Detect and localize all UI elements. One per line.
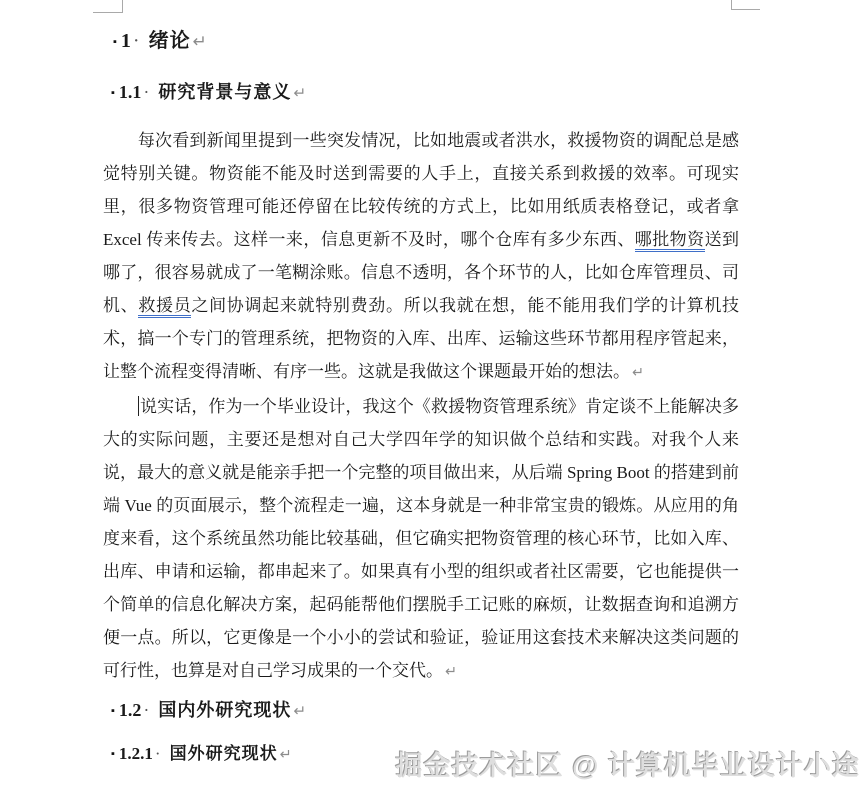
paragraph-2[interactable]: 说实话，作为一个毕业设计，我这个《救援物资管理系统》肯定谈不上能解决多大的实际问… (103, 390, 739, 689)
heading-number: 1 (121, 30, 131, 52)
paragraph-mark-icon: ↵ (632, 365, 644, 381)
heading-1-1-background[interactable]: ▪1.1·研究背景与意义↵ (103, 82, 739, 103)
space-format-mark-icon: · (133, 30, 140, 52)
space-format-mark-icon: · (143, 700, 149, 720)
heading-1-xulun[interactable]: ▪1·绪论↵ (103, 30, 739, 53)
body-text: 说实话，作为一个毕业设计，我这个《救援物资管理系统》肯定谈不上能解决多大的实际问… (103, 397, 739, 680)
watermark: 掘金技术社区 @ 计算机毕业设计小途 (396, 744, 860, 783)
heading-1-2-research-status[interactable]: ▪1.2·国内外研究现状↵ (103, 700, 739, 721)
text-cursor (138, 396, 139, 416)
heading-number: 1.2 (119, 700, 142, 720)
paragraph-1[interactable]: 每次看到新闻里提到一些突发情况，比如地震或者洪水，救援物资的调配总是感觉特别关键… (103, 124, 739, 390)
paragraph-mark-icon: ↵ (280, 747, 292, 763)
paragraph-mark-icon: ↵ (193, 32, 207, 52)
proofing-flagged-text: 哪批物资 (635, 230, 705, 252)
outline-square-marker-icon: ▪ (111, 705, 115, 717)
space-format-mark-icon: · (143, 82, 149, 102)
heading-title: 国外研究现状 (170, 744, 278, 763)
heading-number: 1.2.1 (119, 744, 153, 763)
heading-title: 绪论 (149, 30, 191, 52)
outline-square-marker-icon: ▪ (113, 36, 117, 48)
space-format-mark-icon: · (155, 744, 161, 763)
heading-title: 研究背景与意义 (158, 82, 291, 102)
outline-square-marker-icon: ▪ (111, 748, 115, 760)
paragraph-mark-icon: ↵ (293, 702, 306, 720)
document-page: ▪1·绪论↵ ▪1.1·研究背景与意义↵ 每次看到新闻里提到一些突发情况，比如地… (0, 0, 862, 794)
outline-square-marker-icon: ▪ (111, 87, 115, 99)
document-body: ▪1·绪论↵ ▪1.1·研究背景与意义↵ 每次看到新闻里提到一些突发情况，比如地… (103, 0, 739, 764)
paragraph-mark-icon: ↵ (293, 84, 306, 102)
heading-number: 1.1 (119, 82, 142, 102)
paragraph-mark-icon: ↵ (445, 664, 457, 680)
heading-title: 国内外研究现状 (158, 700, 291, 720)
proofing-flagged-text: 救援员 (138, 296, 191, 318)
